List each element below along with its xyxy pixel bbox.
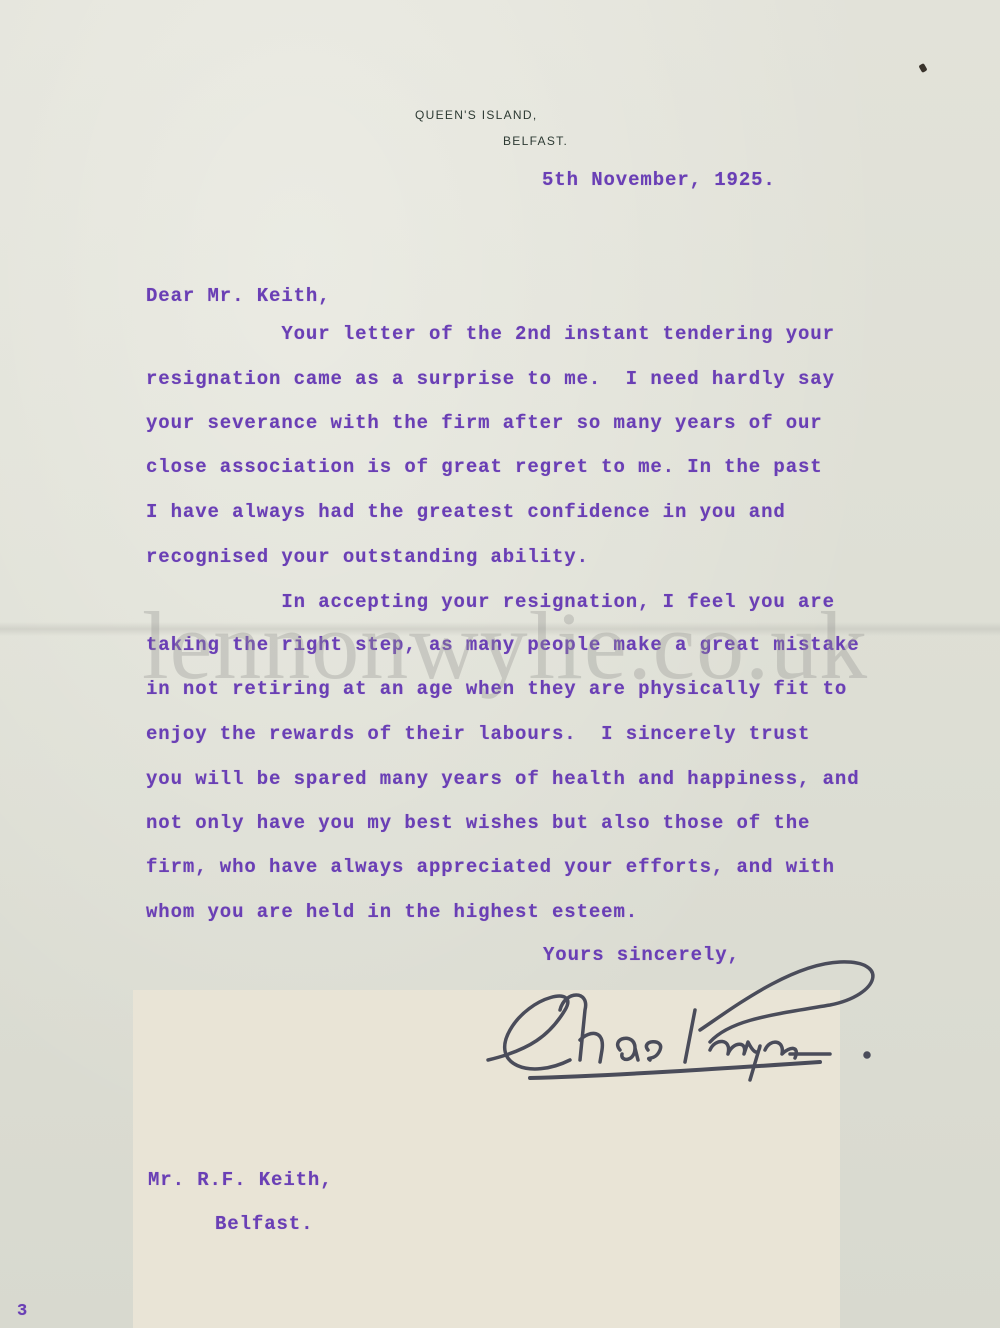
signature-icon (470, 950, 890, 1090)
body-line: whom you are held in the highest esteem. (146, 902, 638, 922)
recipient-city: Belfast. (215, 1214, 313, 1234)
body-line: you will be spared many years of health … (146, 769, 860, 789)
body-line: I have always had the greatest confidenc… (146, 502, 786, 522)
letterhead-line-1: QUEEN'S ISLAND, (415, 108, 537, 122)
body-line: not only have you my best wishes but als… (146, 813, 810, 833)
body-line: your severance with the firm after so ma… (146, 413, 823, 433)
watermark: lennonwylie.co.uk (142, 596, 868, 696)
body-line: close association is of great regret to … (146, 457, 823, 477)
body-line: enjoy the rewards of their labours. I si… (146, 724, 810, 744)
body-line: firm, who have always appreciated your e… (146, 857, 835, 877)
body-line: recognised your outstanding ability. (146, 547, 589, 567)
recipient-name: Mr. R.F. Keith, (148, 1170, 333, 1190)
letter-date: 5th November, 1925. (542, 170, 776, 190)
page-number: 3 (17, 1302, 28, 1322)
salutation: Dear Mr. Keith, (146, 286, 331, 306)
body-line: resignation came as a surprise to me. I … (146, 369, 835, 389)
letterhead-line-2: BELFAST. (503, 134, 568, 148)
body-line: Your letter of the 2nd instant tendering… (146, 324, 835, 344)
